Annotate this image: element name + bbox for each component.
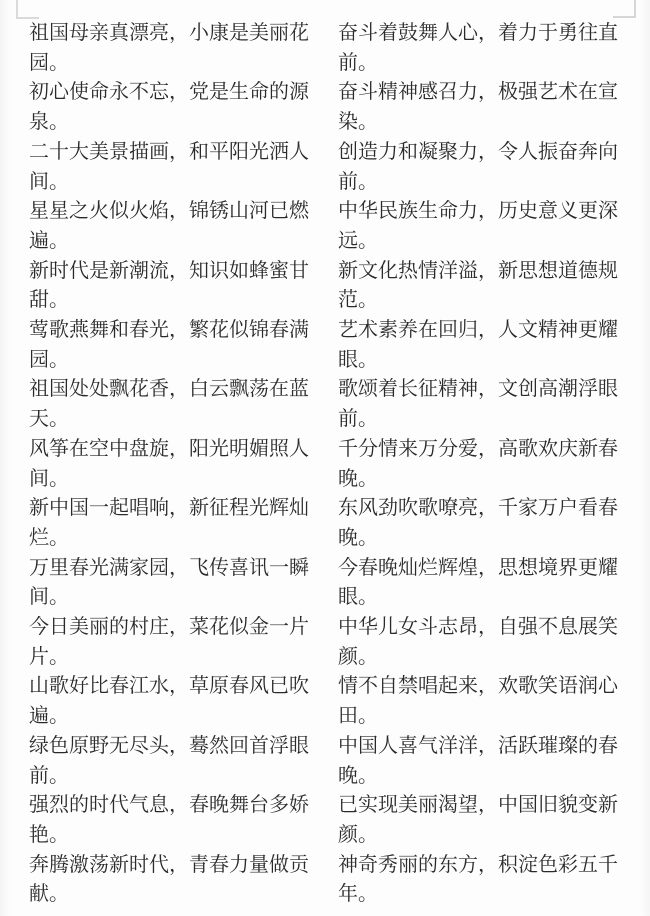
text-column-right: 奋斗着鼓舞人心，着力于勇往直前。 奋斗精神感召力，极强艺术在宣染。 创造力和凝聚… [338, 19, 622, 910]
couplet-line: 中华民族生命力，历史意义更深远。 [338, 197, 622, 256]
couplet-line: 风筝在空中盘旋，阳光明媚照人间。 [29, 435, 313, 494]
text-boundary-corner-top-right-icon [613, 0, 636, 18]
couplet-line: 已实现美丽渴望，中国旧貌变新颜。 [338, 791, 622, 850]
couplet-line: 星星之火似火焰，锦锈山河已燃遍。 [29, 197, 313, 256]
couplet-line: 万里春光满家园，飞传喜讯一瞬间。 [29, 554, 313, 613]
couplet-line: 今春晚灿烂辉煌，思想境界更耀眼。 [338, 554, 622, 613]
couplet-line: 创造力和凝聚力，令人振奋奔向前。 [338, 138, 622, 197]
couplet-line: 绿色原野无尽头，蓦然回首浮眼前。 [29, 732, 313, 791]
couplet-line: 奋斗精神感召力，极强艺术在宣染。 [338, 78, 622, 137]
couplet-line: 莺歌燕舞和春光，繁花似锦春满园。 [29, 316, 313, 375]
couplet-line: 今日美丽的村庄，菜花似金一片片。 [29, 613, 313, 672]
couplet-line: 奔腾激荡新时代，青春力量做贡献。 [29, 851, 313, 910]
couplet-line: 新中国一起唱响，新征程光辉灿烂。 [29, 494, 313, 553]
couplet-line: 新时代是新潮流，知识如蜂蜜甘甜。 [29, 257, 313, 316]
text-boundary-corner-top-left-icon [16, 0, 39, 19]
couplet-line: 中华儿女斗志昂，自强不息展笑颜。 [338, 613, 622, 672]
couplet-line: 强烈的时代气息，春晚舞台多娇艳。 [29, 791, 313, 850]
couplet-line: 祖国母亲真漂亮，小康是美丽花园。 [29, 19, 313, 78]
couplet-line: 山歌好比春江水，草原春风已吹遍。 [29, 672, 313, 731]
couplet-line: 情不自禁唱起来，欢歌笑语润心田。 [338, 672, 622, 731]
couplet-line: 中国人喜气洋洋，活跃璀璨的春晚。 [338, 732, 622, 791]
document-page: 祖国母亲真漂亮，小康是美丽花园。 初心使命永不忘，党是生命的源泉。 二十大美景描… [0, 0, 650, 916]
couplet-line: 千分情来万分爱，高歌欢庆新春晚。 [338, 435, 622, 494]
couplet-line: 歌颂着长征精神，文创高潮浮眼前。 [338, 375, 622, 434]
couplet-line: 艺术素养在回归，人文精神更耀眼。 [338, 316, 622, 375]
couplet-line: 新文化热情洋溢，新思想道德规范。 [338, 257, 622, 316]
couplet-line: 二十大美景描画，和平阳光洒人间。 [29, 138, 313, 197]
couplet-line: 祖国处处飘花香，白云飘荡在蓝天。 [29, 375, 313, 434]
text-columns: 祖国母亲真漂亮，小康是美丽花园。 初心使命永不忘，党是生命的源泉。 二十大美景描… [29, 19, 650, 910]
couplet-line: 奋斗着鼓舞人心，着力于勇往直前。 [338, 19, 622, 78]
couplet-line: 神奇秀丽的东方，积淀色彩五千年。 [338, 851, 622, 910]
text-column-left: 祖国母亲真漂亮，小康是美丽花园。 初心使命永不忘，党是生命的源泉。 二十大美景描… [29, 19, 313, 910]
couplet-line: 初心使命永不忘，党是生命的源泉。 [29, 78, 313, 137]
couplet-line: 东风劲吹歌嘹亮，千家万户看春晚。 [338, 494, 622, 553]
